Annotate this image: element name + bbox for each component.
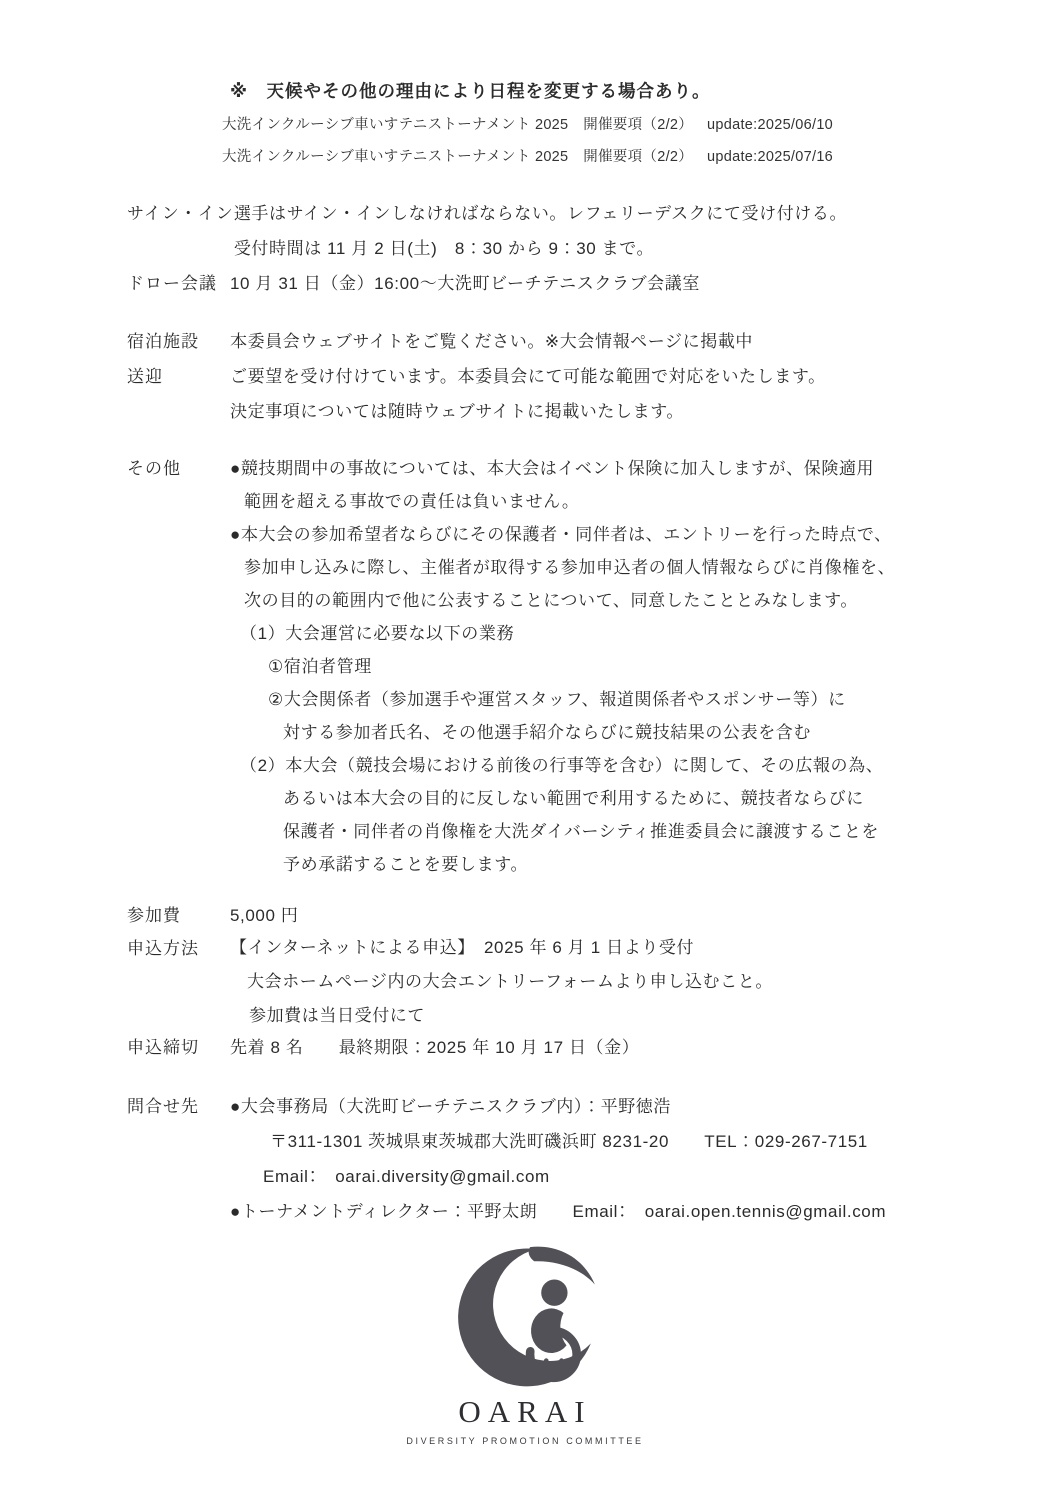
doc-title: 大洗インクルーシブ車いすテニストーナメント 2025 開催要項（2/2） (222, 113, 707, 134)
row-label: 参加費 (127, 898, 230, 933)
doc-update-date: update:2025/07/16 (707, 149, 833, 165)
row-label: 宿泊施設 (127, 324, 230, 359)
doc-title-line: 大洗インクルーシブ車いすテニストーナメント 2025 開催要項（2/2） upd… (222, 113, 833, 134)
section-signin: サイン・イン 選手はサイン・インしなければならない。レフェリーデスクにて受け付け… (127, 196, 847, 266)
contact-address-line: 〒311-1301 茨城県東茨城郡大洗町磯浜町 8231-20 TEL：029-… (270, 1124, 886, 1159)
row-label: ドロー会議 (127, 266, 230, 301)
row-line: 次の目的の範囲内で他に公表することについて、同意したこととみなします。 (244, 584, 895, 617)
contact-email-line: Email： oarai.diversity@gmail.com (263, 1159, 886, 1194)
row-line: 保護者・同伴者の肖像権を大洗ダイバーシティ推進委員会に譲渡することを (283, 815, 895, 848)
row-line: 対する参加者氏名、その他選手紹介ならびに競技結果の公表を含む (283, 716, 895, 749)
row-line: 範囲を超える事故での責任は負いません。 (244, 485, 895, 518)
section-other: その他 ●競技期間中の事故については、本大会はイベント保険に加入しますが、保険適… (127, 452, 895, 881)
row-line: 予め承諾することを要します。 (283, 848, 895, 881)
document-page: ※ 天候やその他の理由により日程を変更する場合あり。 大洗インクルーシブ車いすテ… (0, 0, 1050, 1486)
section-application-method: 申込方法 【インターネットによる申込】 2025 年 6 月 1 日より受付 大… (127, 931, 773, 1033)
row-line: 参加申し込みに際し、主催者が取得する参加申込者の個人情報ならびに肖像権を、 (244, 551, 895, 584)
schedule-change-note: ※ 天候やその他の理由により日程を変更する場合あり。 (230, 78, 711, 103)
row-label: 問合せ先 (127, 1089, 230, 1124)
doc-title: 大洗インクルーシブ車いすテニストーナメント 2025 開催要項（2/2） (222, 145, 707, 166)
section-contact: 問合せ先 ●大会事務局（大洗町ビーチテニスクラブ内）：平野徳浩 〒311-130… (127, 1089, 886, 1229)
row-line: ①宿泊者管理 (268, 650, 895, 683)
section-deadline: 申込締切 先着 8 名 最終期限：2025 年 10 月 17 日（金） (127, 1030, 639, 1065)
row-line: ②大会関係者（参加選手や運営スタッフ、報道関係者やスポンサー等）に (268, 683, 895, 716)
row-line: ●本大会の参加希望者ならびにその保護者・同伴者は、エントリーを行った時点で、 (230, 518, 895, 551)
section-lodging: 宿泊施設 本委員会ウェブサイトをご覧ください。※大会情報ページに掲載中 (127, 324, 753, 359)
row-line: 先着 8 名 最終期限：2025 年 10 月 17 日（金） (230, 1030, 639, 1065)
row-line: 大会ホームページ内の大会エントリーフォームより申し込むこと。 (247, 965, 773, 999)
row-line: 決定事項については随時ウェブサイトに掲載いたします。 (230, 394, 826, 429)
contact-office-line: ●大会事務局（大洗町ビーチテニスクラブ内）：平野徳浩 (230, 1089, 886, 1124)
row-line: 受付時間は 11 月 2 日(土) 8：30 から 9：30 まで。 (234, 231, 847, 266)
section-fee: 参加費 5,000 円 (127, 898, 298, 933)
row-line: 選手はサイン・インしなければならない。レフェリーデスクにて受け付ける。 (234, 196, 847, 231)
row-label: 申込締切 (127, 1030, 230, 1065)
row-line: 本委員会ウェブサイトをご覧ください。※大会情報ページに掲載中 (230, 324, 753, 359)
row-line: ●競技期間中の事故については、本大会はイベント保険に加入しますが、保険適用 (230, 452, 895, 485)
row-line: （1）大会運営に必要な以下の業務 (240, 617, 895, 650)
row-line: ご要望を受け付けています。本委員会にて可能な範囲で対応をいたします。 (230, 359, 826, 394)
row-label: 申込方法 (127, 931, 230, 966)
doc-update-date: update:2025/06/10 (707, 117, 833, 133)
section-draw-meeting: ドロー会議 10 月 31 日（金）16:00～大洗町ビーチテニスクラブ会議室 (127, 266, 700, 301)
section-transport: 送迎 ご要望を受け付けています。本委員会にて可能な範囲で対応をいたします。 決定… (127, 359, 826, 429)
row-line: あるいは本大会の目的に反しない範囲で利用するために、競技者ならびに (283, 782, 895, 815)
logo-wordmark: OARAI (0, 1394, 1050, 1430)
logo-subtitle: DIVERSITY PROMOTION COMMITTEE (0, 1436, 1050, 1446)
row-label: その他 (127, 452, 230, 485)
row-line: 参加費は当日受付にて (249, 999, 773, 1033)
oarai-logo: OARAI DIVERSITY PROMOTION COMMITTEE (0, 1240, 1050, 1446)
row-line: 10 月 31 日（金）16:00～大洗町ビーチテニスクラブ会議室 (230, 266, 700, 301)
row-line: 5,000 円 (230, 898, 298, 933)
oarai-logo-icon (449, 1240, 601, 1392)
doc-title-line: 大洗インクルーシブ車いすテニストーナメント 2025 開催要項（2/2） upd… (222, 145, 833, 166)
row-label: サイン・イン (127, 196, 234, 231)
row-line: 【インターネットによる申込】 2025 年 6 月 1 日より受付 (230, 931, 773, 965)
row-label: 送迎 (127, 359, 230, 394)
contact-director-line: ●トーナメントディレクター：平野太朗 Email： oarai.open.ten… (230, 1194, 886, 1229)
row-line: （2）本大会（競技会場における前後の行事等を含む）に関して、その広報の為、 (240, 749, 895, 782)
